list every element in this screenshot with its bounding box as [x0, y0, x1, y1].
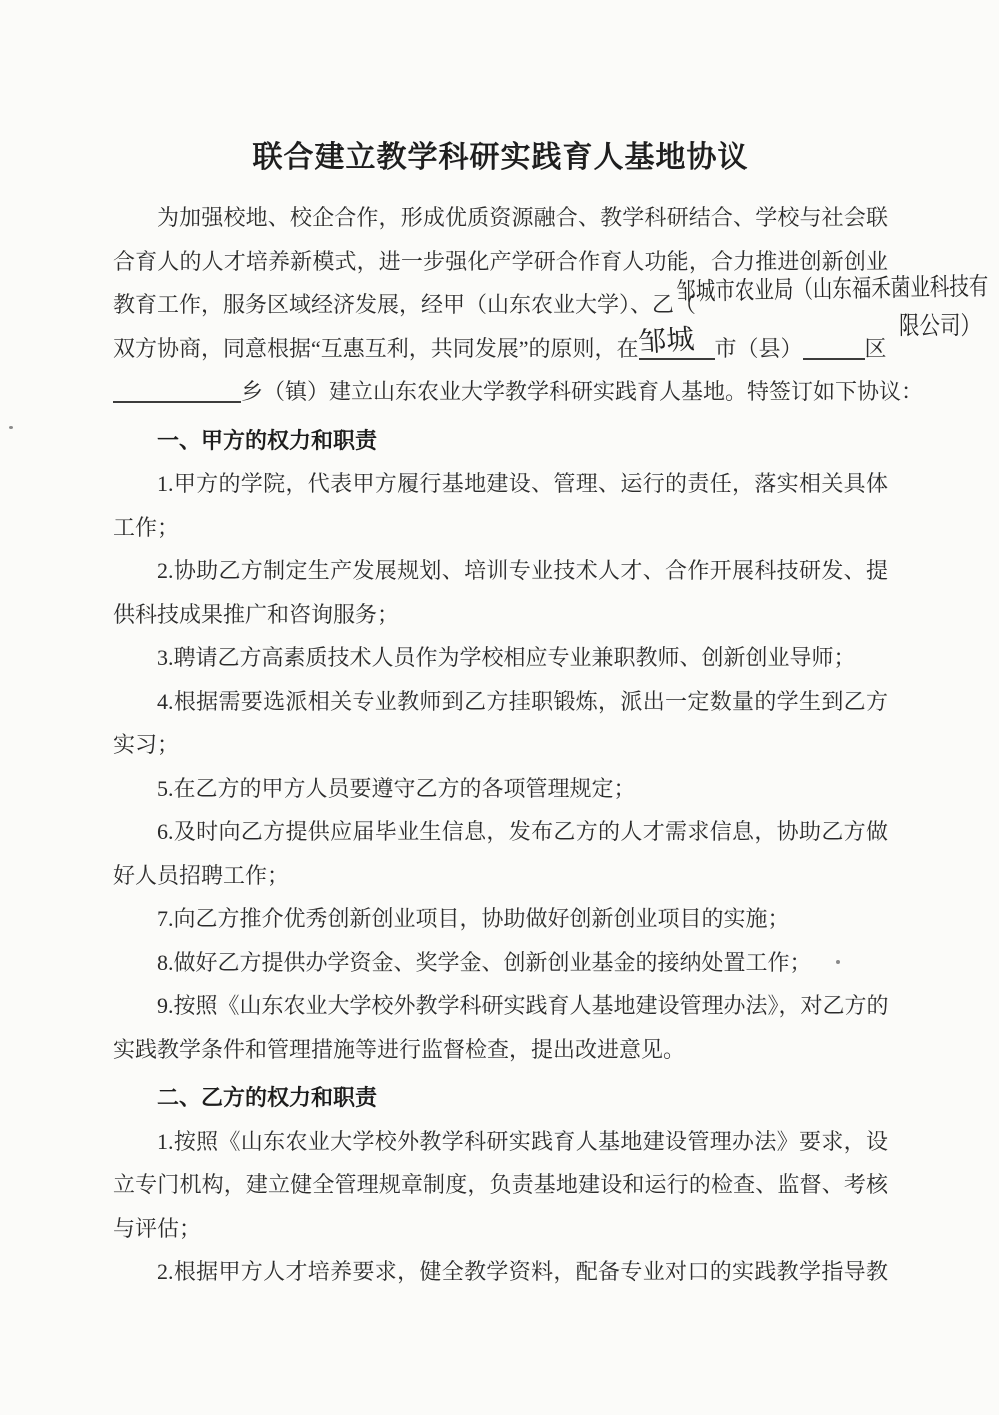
body-text-line: 实习；	[113, 723, 888, 767]
scan-speckle	[836, 960, 840, 964]
blank-township-underline	[113, 377, 241, 403]
fill-city-mid-text: 市（县）	[715, 336, 803, 361]
body-text-line: 3.聘请乙方高素质技术人员作为学校相应专业兼职教师、创新创业导师；	[113, 636, 888, 680]
scanned-document-page: 联合建立教学科研实践育人基地协议 为加强校地、校企合作，形成优质资源融合、教学科…	[0, 0, 999, 1415]
blank-city-underline: 邹城	[639, 334, 715, 360]
body-text-line: 工作；	[113, 506, 888, 550]
intro-text-line: 为加强校地、校企合作，形成优质资源融合、教学科研结合、学校与社会联	[113, 196, 888, 240]
body-text-line: 2.根据甲方人才培养要求，健全教学资料，配备专业对口的实践教学指导教	[113, 1250, 888, 1294]
body-text-line: 与评估；	[113, 1207, 888, 1251]
body-text-line: 5.在乙方的甲方人员要遵守乙方的各项管理规定；	[113, 767, 888, 811]
body-text-line: 6.及时向乙方提供应届毕业生信息，发布乙方的人才需求信息，协助乙方做	[113, 810, 888, 854]
body-text-line: 8.做好乙方提供办学资金、奖学金、创新创业基金的接纳处置工作；	[113, 941, 888, 985]
body-text-line: 4.根据需要选派相关专业教师到乙方挂职锻炼，派出一定数量的学生到乙方	[113, 680, 888, 724]
scan-speckle	[9, 426, 13, 429]
handwritten-party-b-line2: 限公司）	[899, 306, 981, 342]
body-text-line: 1.按照《山东农业大学校外教学科研实践育人基地建设管理办法》要求，设	[113, 1120, 888, 1164]
body-text-line: 1.甲方的学院，代表甲方履行基地建设、管理、运行的责任，落实相关具体	[113, 462, 888, 506]
section-2-heading: 二、乙方的权力和职责	[113, 1076, 888, 1120]
body-text-line: 立专门机构，建立健全管理规章制度，负责基地建设和运行的检查、监督、考核	[113, 1163, 888, 1207]
document-title: 联合建立教学科研实践育人基地协议	[113, 140, 888, 176]
body-text-line: 实践教学条件和管理措施等进行监督检查，提出改进意见。	[113, 1028, 888, 1072]
section-1-heading: 一、甲方的权力和职责	[113, 419, 888, 463]
intro-paragraph: 为加强校地、校企合作，形成优质资源融合、教学科研结合、学校与社会联合育人的人才培…	[113, 196, 888, 327]
body-text-line: 7.向乙方推介优秀创新创业项目，协助做好创新创业项目的实施；	[113, 897, 888, 941]
body-text-line: 供科技成果推广和咨询服务；	[113, 593, 888, 637]
section-2-body: 1.按照《山东农业大学校外教学科研实践育人基地建设管理办法》要求，设立专门机构，…	[113, 1120, 888, 1294]
fill-in-line-township: 乡（镇）建立山东农业大学教学科研实践育人基地。特签订如下协议：	[113, 370, 888, 414]
body-text-line: 好人员招聘工作；	[113, 854, 888, 898]
section-1-body: 1.甲方的学院，代表甲方履行基地建设、管理、运行的责任，落实相关具体工作；2.协…	[113, 462, 888, 1071]
body-text-line: 2.协助乙方制定生产发展规划、培训专业技术人才、合作开展科技研发、提	[113, 549, 888, 593]
fill-city-suffix-text: 区	[865, 336, 887, 361]
fill-city-pre-text: 双方协商，同意根据“互惠互利，共同发展”的原则，在	[113, 336, 639, 361]
blank-district-underline	[803, 334, 865, 360]
body-text-line: 9.按照《山东农业大学校外教学科研实践育人基地建设管理办法》，对乙方的	[113, 984, 888, 1028]
fill-in-line-city: 双方协商，同意根据“互惠互利，共同发展”的原则，在邹城市（县）区	[113, 327, 888, 371]
handwritten-party-b-line1: 邹城市农业局（山东福禾菌业科技有	[676, 267, 989, 308]
handwritten-city-name: 邹城	[636, 317, 695, 364]
township-text: 乡（镇）建立山东农业大学教学科研实践育人基地。特签订如下协议：	[241, 379, 923, 404]
